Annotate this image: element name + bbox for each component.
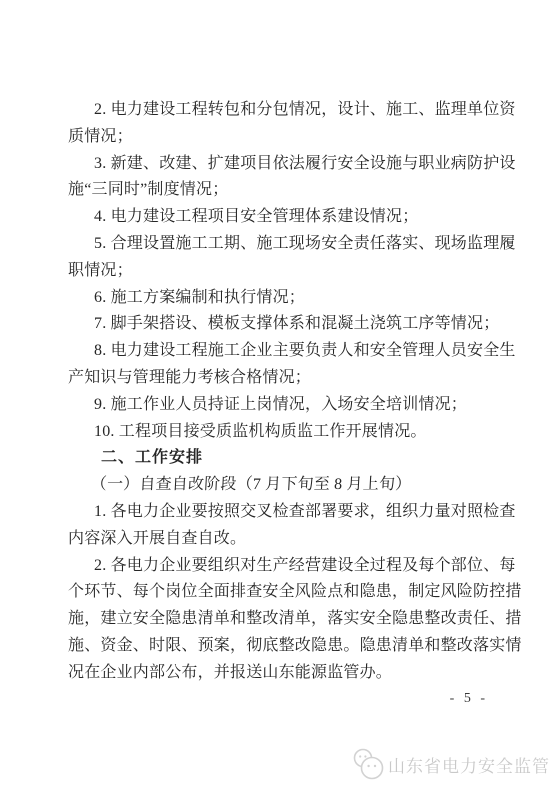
- doc-line: 质情况；: [68, 124, 494, 151]
- doc-line: 施，建立安全隐患清单和整改清单，落实安全隐患整改责任、措: [68, 606, 494, 633]
- watermark-text: 山东省电力安全监管: [388, 752, 550, 777]
- doc-line: 1. 各电力企业要按照交叉检查部署要求，组织力量对照检查: [68, 499, 494, 526]
- doc-line: 2. 电力建设工程转包和分包情况，设计、施工、监理单位资: [68, 97, 494, 124]
- doc-line: 2. 各电力企业要组织对生产经营建设全过程及每个部位、每: [68, 553, 494, 580]
- doc-line: 职情况；: [68, 258, 494, 285]
- doc-line: 内容深入开展自查自改。: [68, 526, 494, 553]
- document-body: 2. 电力建设工程转包和分包情况，设计、施工、监理单位资 质情况； 3. 新建、…: [68, 97, 494, 687]
- doc-line: 8. 电力建设工程施工企业主要负责人和安全管理人员安全生: [68, 338, 494, 365]
- doc-line: 5. 合理设置施工工期、施工现场安全责任落实、现场监理履: [68, 231, 494, 258]
- doc-line: 7. 脚手架搭设、模板支撑体系和混凝土浇筑工序等情况；: [68, 311, 494, 338]
- doc-line: 施“三同时”制度情况；: [68, 177, 494, 204]
- page-number: - 5 -: [450, 691, 488, 707]
- doc-line: 9. 施工作业人员持证上岗情况，入场安全培训情况；: [68, 392, 494, 419]
- document-page: 2. 电力建设工程转包和分包情况，设计、施工、监理单位资 质情况； 3. 新建、…: [0, 0, 560, 791]
- watermark: 山东省电力安全监管: [352, 747, 550, 781]
- doc-line: 产知识与管理能力考核合格情况；: [68, 365, 494, 392]
- doc-line: 10. 工程项目接受质监机构质监工作开展情况。: [68, 419, 494, 446]
- section-heading: 二、工作安排: [68, 445, 494, 472]
- subsection-heading: （一）自查自改阶段（7 月下旬至 8 月上旬）: [68, 472, 495, 499]
- doc-line: 4. 电力建设工程项目安全管理体系建设情况；: [68, 204, 494, 231]
- doc-line: 施、资金、时限、预案，彻底整改隐患。隐患清单和整改落实情: [68, 633, 494, 660]
- doc-line: 6. 施工方案编制和执行情况；: [68, 285, 494, 312]
- doc-line: 3. 新建、改建、扩建项目依法履行安全设施与职业病防护设: [68, 151, 494, 178]
- doc-line: 况在企业内部公布，并报送山东能源监管办。: [68, 660, 494, 687]
- doc-line: 个环节、每个岗位全面排查安全风险点和隐患，制定风险防控措: [68, 579, 494, 606]
- wechat-logo-icon: [352, 747, 384, 781]
